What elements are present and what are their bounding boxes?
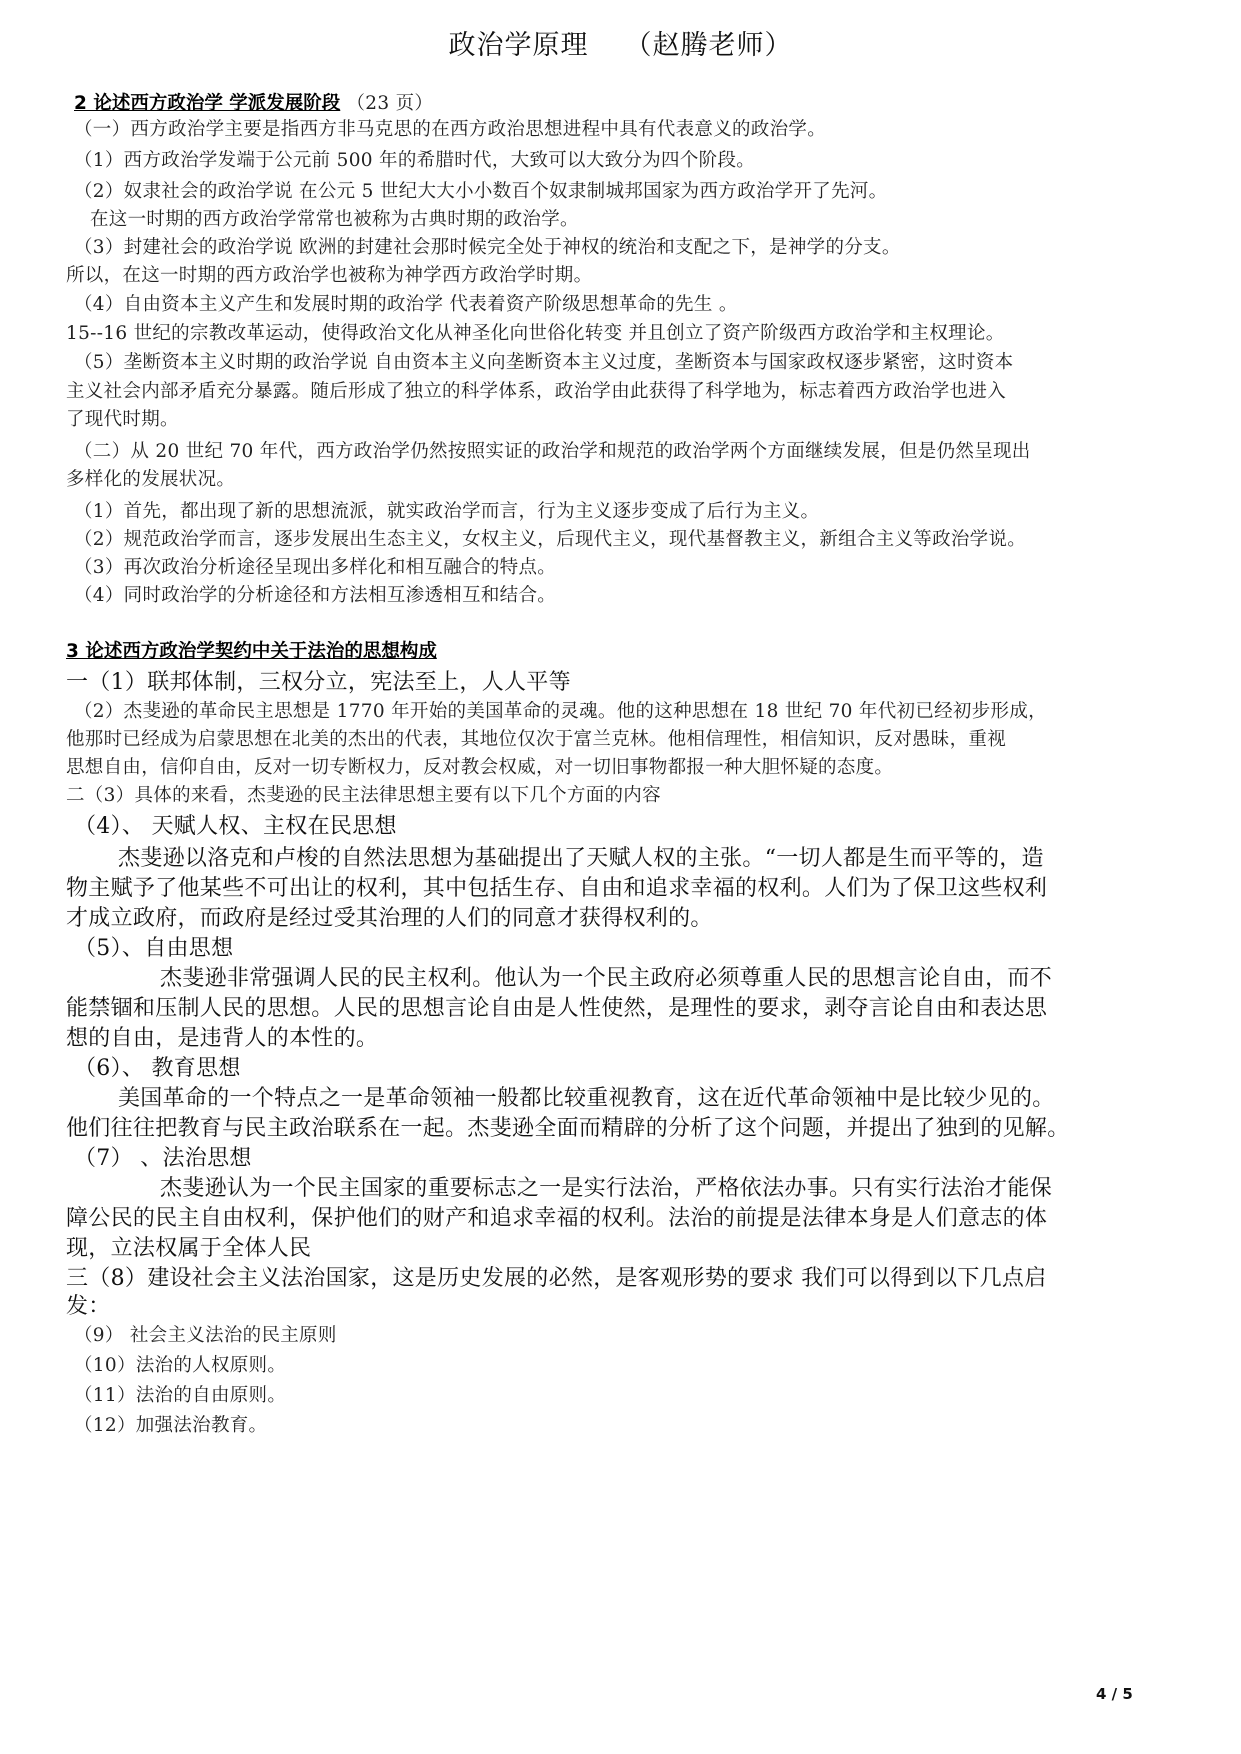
paragraph-line: 杰斐逊以洛克和卢梭的自然法思想为基础提出了天赋人权的主张。“一切人都是生而平等的…	[118, 844, 1044, 874]
principle-item: （11）法治的自由原则。	[74, 1384, 286, 1408]
paragraph-line: 三（8）建设社会主义法治国家，这是历史发展的必然，是客观形势的要求 我们可以得到…	[66, 1264, 1047, 1294]
paragraph-line: （一）西方政治学主要是指西方非马克思的在西方政治思想进程中具有代表意义的政治学。	[74, 118, 826, 142]
paragraph-line: 发：	[66, 1292, 111, 1322]
paragraph-line: （3）再次政治分析途径呈现出多样化和相互融合的特点。	[74, 556, 556, 580]
paragraph-line: 了现代时期。	[66, 408, 179, 432]
paragraph-line: 才成立政府，而政府是经过受其治理的人们的同意才获得权利的。	[66, 904, 713, 934]
section-2-page-ref: （23 页）	[346, 93, 433, 114]
section-3-heading-row: 3 论述西方政治学契约中关于法治的思想构成	[66, 640, 437, 664]
paragraph-line: 物主赋予了他某些不可出让的权利，其中包括生存、自由和追求幸福的权利。人们为了保卫…	[66, 874, 1047, 904]
paragraph-line: （二）从 20 世纪 70 年代，西方政治学仍然按照实证的政治学和规范的政治学两…	[74, 440, 1031, 464]
paragraph-line: 主义社会内部矛盾充分暴露。随后形成了独立的科学体系，政治学由此获得了科学地为，标…	[66, 380, 1006, 404]
paragraph-line: （4）自由资本主义产生和发展时期的政治学 代表着资产阶级思想革命的先生 。	[74, 293, 738, 317]
paragraph-line: 多样化的发展状况。	[66, 468, 235, 492]
paragraph-line: 杰斐逊非常强调人民的民主权利。他认为一个民主政府必须尊重人民的思想言论自由，而不	[160, 964, 1052, 994]
paragraph-line: 思想自由，信仰自由，反对一切专断权力，反对教会权威，对一切旧事物都报一种大胆怀疑…	[66, 756, 893, 780]
paragraph-line: 所以，在这一时期的西方政治学也被称为神学西方政治学时期。	[66, 264, 592, 288]
principle-item: （10）法治的人权原则。	[74, 1354, 286, 1378]
point-4-title: （4）、 天赋人权、主权在民思想	[74, 812, 397, 842]
principle-item: （9） 社会主义法治的民主原则	[74, 1324, 337, 1348]
paragraph-line: （4）同时政治学的分析途径和方法相互渗透相互和结合。	[74, 584, 556, 608]
paragraph-line: （2）奴隶社会的政治学说 在公元 5 世纪大大小小数百个奴隶制城邦国家为西方政治…	[74, 180, 888, 204]
principle-item: （12）加强法治教育。	[74, 1414, 267, 1438]
paragraph-line: 障公民的民主自由权利，保护他们的财产和追求幸福的权利。法治的前提是法律本身是人们…	[66, 1204, 1047, 1234]
paragraph-line: （1）西方政治学发端于公元前 500 年的希腊时代，大致可以大致分为四个阶段。	[74, 149, 755, 173]
course-title: 政治学原理	[449, 30, 589, 61]
paragraph-line: 在这一时期的西方政治学常常也被称为古典时期的政治学。	[90, 208, 579, 232]
page-number: 4 / 5	[1096, 1685, 1133, 1703]
paragraph-line: 他那时已经成为启蒙思想在北美的杰出的代表，其地位仅次于富兰克林。他相信理性，相信…	[66, 728, 1006, 752]
paragraph-line: （2）规范政治学而言，逐步发展出生态主义，女权主义，后现代主义，现代基督教主义，…	[74, 528, 1026, 552]
paragraph-line: 杰斐逊认为一个民主国家的重要标志之一是实行法治，严格依法办事。只有实行法治才能保	[160, 1174, 1052, 1204]
point-7-title: （7） 、法治思想	[74, 1144, 252, 1174]
paragraph-line: 15--16 世纪的宗教改革运动，使得政治文化从神圣化向世俗化转变 并且创立了资…	[66, 322, 1005, 346]
section-3-heading: 3 论述西方政治学契约中关于法治的思想构成	[66, 641, 437, 662]
paragraph-line: 能禁锢和压制人民的思想。人民的思想言论自由是人性使然，是理性的要求，剥夺言论自由…	[66, 994, 1047, 1024]
point-3: 二（3）具体的来看，杰斐逊的民主法律思想主要有以下几个方面的内容	[66, 784, 661, 808]
teacher-name: （赵腾老师）	[625, 30, 793, 61]
paragraph-line: 美国革命的一个特点之一是革命领袖一般都比较重视教育，这在近代革命领袖中是比较少见…	[118, 1084, 1055, 1114]
point-5-title: （5）、自由思想	[74, 934, 233, 964]
point-6-title: （6）、 教育思想	[74, 1054, 241, 1084]
paragraph-line: （5）垄断资本主义时期的政治学说 自由资本主义向垄断资本主义过度，垄断资本与国家…	[74, 351, 1013, 375]
paragraph-line: （1）首先，都出现了新的思想流派，就实政治学而言，行为主义逐步变成了后行为主义。	[74, 500, 819, 524]
paragraph-line: （3）封建社会的政治学说 欧洲的封建社会那时候完全处于神权的统治和支配之下，是神…	[74, 236, 901, 260]
document-page: 政治学原理（赵腾老师） 2 论述西方政治学 学派发展阶段 （23 页） （一）西…	[0, 0, 1241, 1754]
paragraph-line: 他们往往把教育与民主政治联系在一起。杰斐逊全面而精辟的分析了这个问题，并提出了独…	[66, 1114, 1070, 1144]
document-title: 政治学原理（赵腾老师）	[0, 28, 1241, 64]
point-1: 一（1）联邦体制，三权分立，宪法至上，人人平等	[66, 668, 571, 698]
section-2-heading-row: 2 论述西方政治学 学派发展阶段 （23 页）	[74, 92, 433, 116]
paragraph-line: （2）杰斐逊的革命民主思想是 1770 年开始的美国革命的灵魂。他的这种思想在 …	[74, 700, 1047, 724]
paragraph-line: 想的自由，是违背人的本性的。	[66, 1024, 378, 1054]
section-2-heading: 2 论述西方政治学 学派发展阶段	[74, 93, 340, 114]
paragraph-line: 现，立法权属于全体人民	[66, 1234, 311, 1264]
